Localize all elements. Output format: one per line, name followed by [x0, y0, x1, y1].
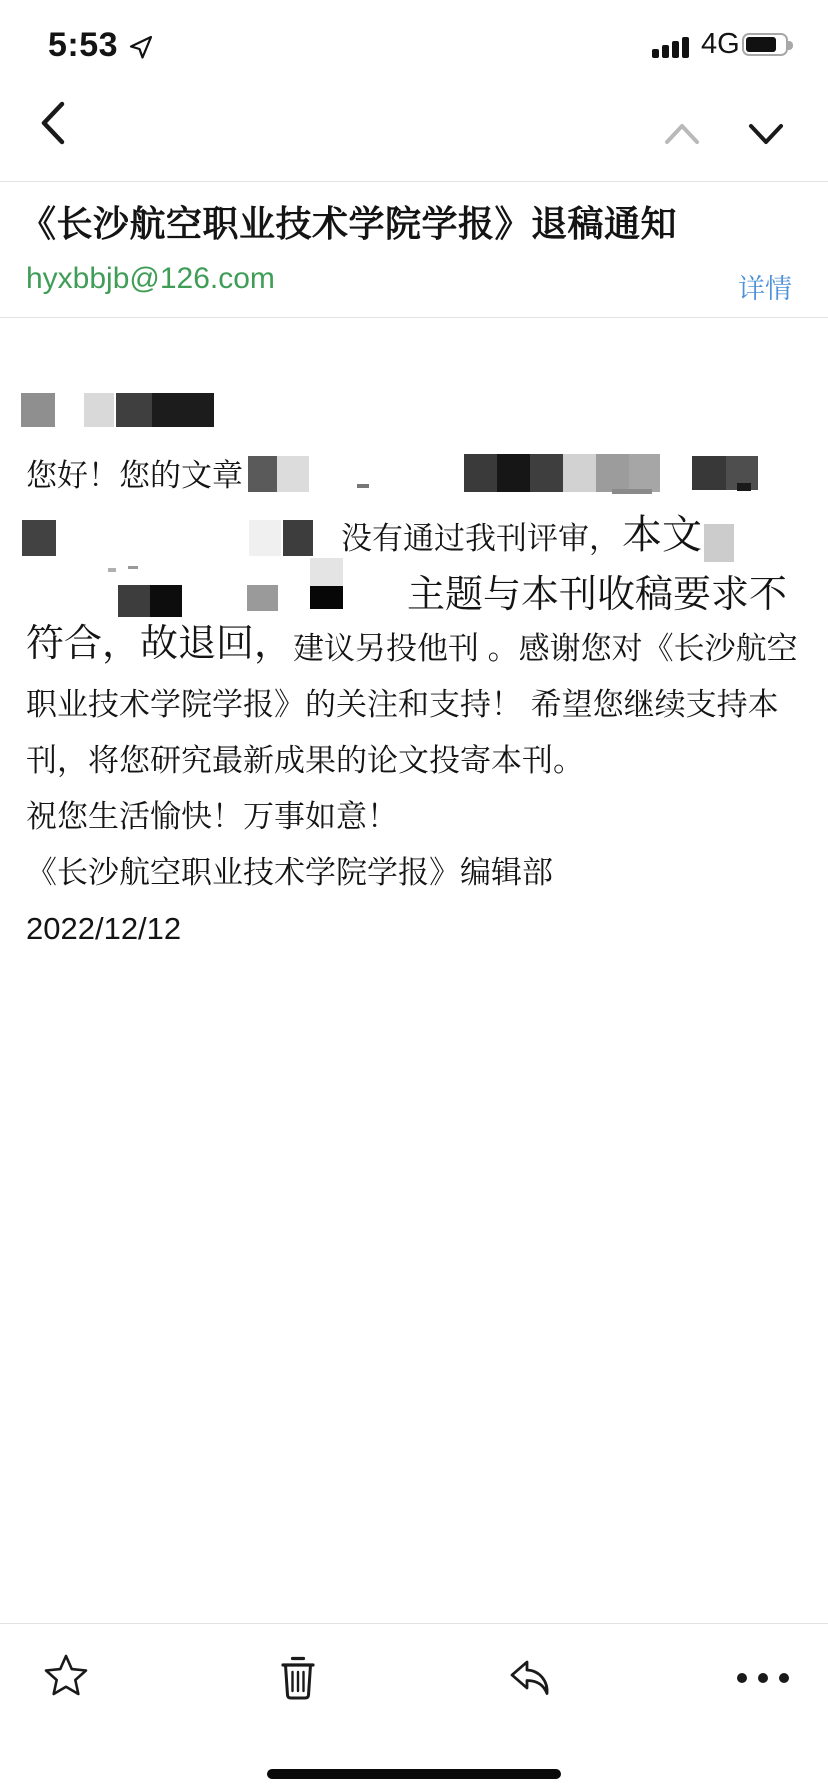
header-divider: [0, 317, 828, 318]
redacted-block: [22, 520, 56, 556]
mail-app-screen: 5:53 4G 《长沙航空职业技术学院学报》退稿通知 hyxbbjb@126.c…: [0, 0, 828, 1792]
redacted-block: [277, 456, 309, 492]
redacted-block: [283, 520, 313, 556]
body-reason-line-2: 符合，故退回，: [26, 621, 292, 667]
delete-button[interactable]: [275, 1652, 321, 1702]
network-type-label: 4G: [701, 28, 740, 61]
status-time: 5:53: [48, 26, 118, 65]
redacted-block: [563, 454, 596, 492]
redacted-block: [247, 585, 278, 611]
star-icon: [42, 1653, 90, 1701]
prev-mail-chevron-icon: [663, 122, 701, 146]
body-invite-line: 刊，将您研究最新成果的论文投寄本刊。: [26, 742, 584, 780]
more-button[interactable]: [736, 1672, 790, 1684]
redacted-block: [116, 393, 152, 427]
details-link[interactable]: 详情: [738, 267, 792, 306]
redacted-block: [596, 454, 629, 492]
body-suggestion: 建议另投他刊 。感谢您对《长沙航空: [293, 630, 798, 668]
redacted-block: [249, 520, 281, 556]
reply-button[interactable]: [505, 1655, 555, 1701]
redacted-block: [692, 456, 726, 490]
redacted-block: [737, 483, 751, 491]
redacted-block: [357, 484, 369, 488]
body-review-result: 没有通过我刊评审，: [341, 520, 620, 558]
redacted-block: [310, 558, 343, 586]
next-mail-chevron-icon[interactable]: [747, 122, 785, 146]
toolbar-divider: [0, 1623, 828, 1624]
redacted-block: [150, 585, 182, 617]
star-button[interactable]: [42, 1653, 90, 1701]
redacted-block: [464, 454, 497, 492]
home-indicator[interactable]: [267, 1769, 561, 1779]
location-arrow-icon: [128, 34, 154, 60]
redacted-block: [152, 393, 214, 427]
body-reason-line-1: 主题与本刊收稿要求不: [407, 572, 787, 618]
redacted-block: [530, 454, 563, 492]
signal-bars-icon: [652, 36, 689, 58]
redacted-block: [128, 566, 138, 569]
redacted-block: [108, 568, 116, 572]
redacted-block: [629, 454, 660, 492]
body-date: 2022/12/12: [26, 910, 181, 948]
more-icon: [736, 1672, 790, 1684]
redacted-block: [612, 489, 652, 494]
redacted-block: [118, 585, 150, 617]
nav-divider: [0, 181, 828, 182]
sender-email[interactable]: hyxbbjb@126.com: [26, 262, 275, 296]
body-wish-line: 祝您生活愉快！万事如意！: [26, 798, 398, 836]
body-greeting: 您好！您的文章: [26, 457, 243, 495]
redacted-block: [84, 393, 114, 427]
trash-icon: [275, 1652, 321, 1702]
reply-icon: [505, 1655, 555, 1701]
body-review-emphasis: 本文: [622, 511, 702, 559]
redacted-block: [310, 586, 343, 609]
battery-icon: [742, 33, 788, 56]
redacted-block: [248, 456, 277, 492]
body-signature: 《长沙航空职业技术学院学报》编辑部: [26, 854, 553, 892]
redacted-block: [21, 393, 55, 427]
redacted-block: [704, 524, 734, 562]
back-button[interactable]: [38, 100, 68, 146]
body-thanks-line: 职业技术学院学报》的关注和支持！ 希望您继续支持本: [26, 686, 779, 724]
redacted-block: [497, 454, 530, 492]
email-subject: 《长沙航空职业技术学院学报》退稿通知: [20, 196, 677, 247]
